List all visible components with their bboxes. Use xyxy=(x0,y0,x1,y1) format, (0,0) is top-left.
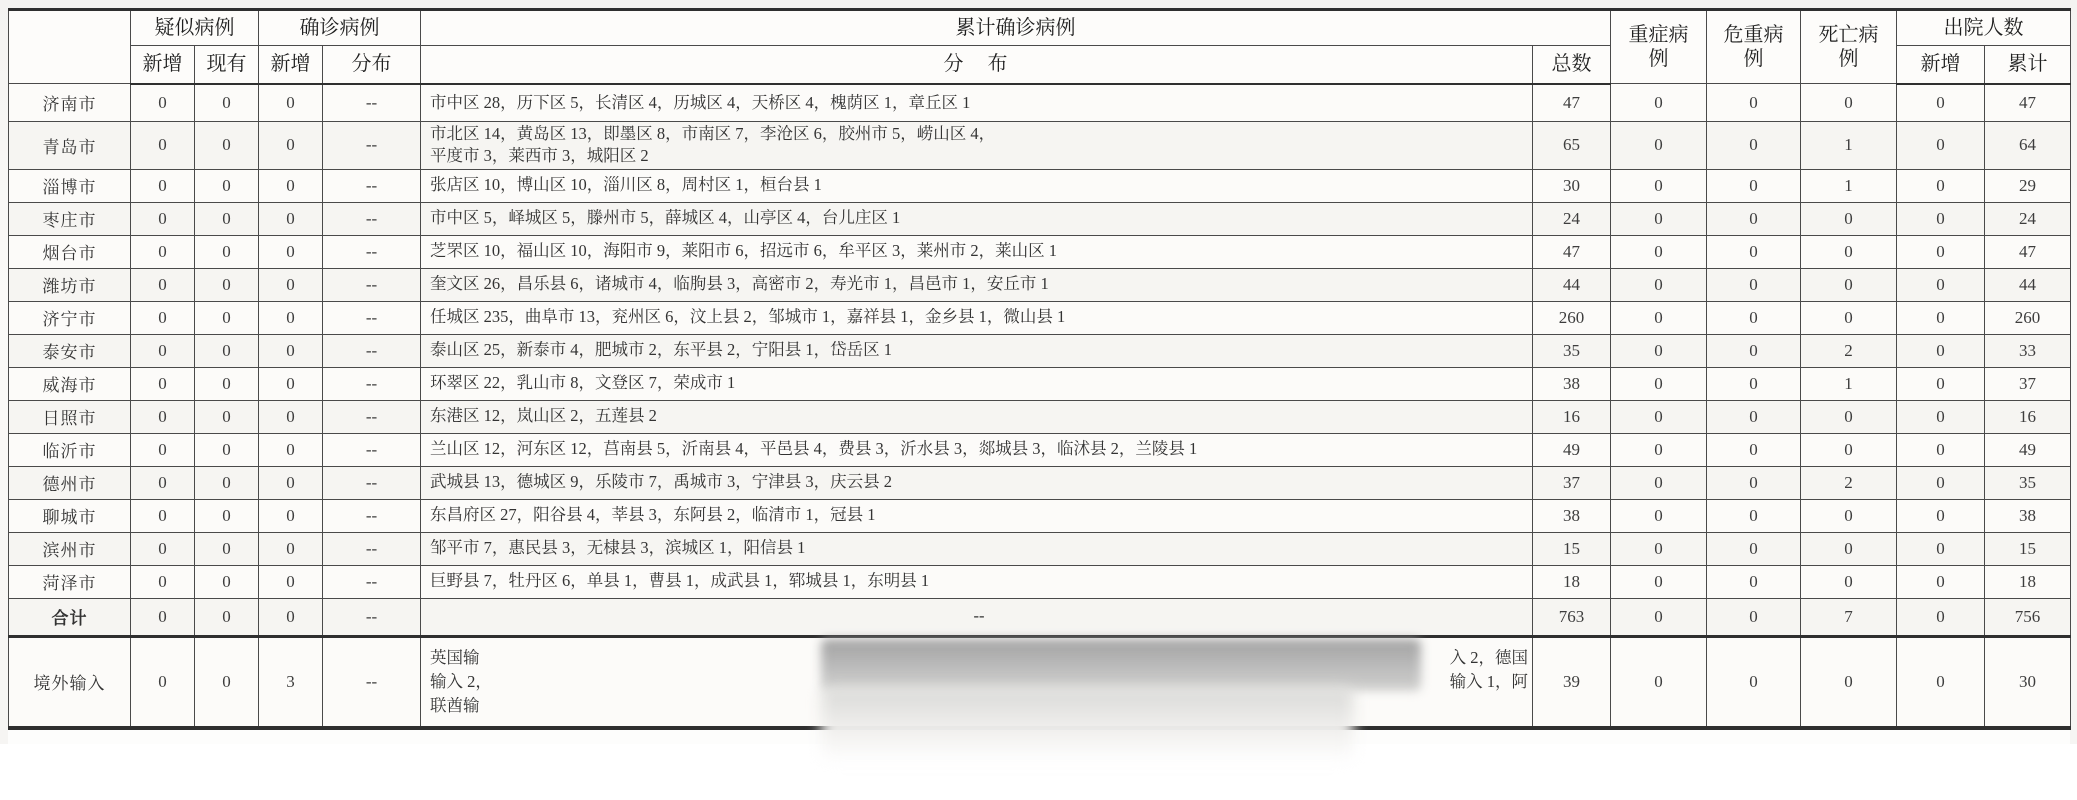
cell-suspected-new: 0 xyxy=(131,532,195,565)
cell-confirmed-dist: -- xyxy=(323,268,421,301)
cell-discharged-cum: 29 xyxy=(1985,169,2071,202)
cell-discharged-new: 0 xyxy=(1897,636,1985,728)
cell-discharged-new: 0 xyxy=(1897,202,1985,235)
cell-severe: 0 xyxy=(1611,532,1707,565)
cell-confirmed-dist: -- xyxy=(323,122,421,170)
table-row: 菏泽市000--巨野县 7，牡丹区 6，单县 1，曹县 1，成武县 1，郓城县 … xyxy=(9,565,2071,598)
cell-cumulative-total: 30 xyxy=(1533,169,1611,202)
cell-discharged-cum: 756 xyxy=(1985,598,2071,636)
cell-confirmed-dist: -- xyxy=(323,499,421,532)
table-row: 临沂市000--兰山区 12，河东区 12，莒南县 5，沂南县 4，平邑县 4，… xyxy=(9,433,2071,466)
dist-fragment-right: 输入 1，阿 xyxy=(1450,670,1528,694)
cell-discharged-new: 0 xyxy=(1897,565,1985,598)
cell-critical: 0 xyxy=(1707,598,1801,636)
cell-cumulative-dist: 泰山区 25，新泰市 4，肥城市 2，东平县 2，宁阳县 1，岱岳区 1 xyxy=(421,334,1533,367)
cell-confirmed-new: 0 xyxy=(259,499,323,532)
cell-severe: 0 xyxy=(1611,301,1707,334)
death-cases-header: 死亡病例 xyxy=(1801,10,1897,84)
cell-suspected-new: 0 xyxy=(131,367,195,400)
cell-confirmed-new: 0 xyxy=(259,268,323,301)
cell-severe: 0 xyxy=(1611,565,1707,598)
cell-discharged-cum: 33 xyxy=(1985,334,2071,367)
cell-death: 0 xyxy=(1801,532,1897,565)
cell-discharged-cum: 64 xyxy=(1985,122,2071,170)
cell-severe: 0 xyxy=(1611,367,1707,400)
cell-suspected-new: 0 xyxy=(131,84,195,122)
cell-discharged-new: 0 xyxy=(1897,466,1985,499)
cell-cumulative-dist: 芝罘区 10，福山区 10，海阳市 9，莱阳市 6，招远市 6，牟平区 3，莱州… xyxy=(421,235,1533,268)
cumulative-total-header: 总数 xyxy=(1533,46,1611,84)
cell-confirmed-dist: -- xyxy=(323,565,421,598)
table-row: 淄博市000--张店区 10，博山区 10，淄川区 8，周村区 1，桓台县 13… xyxy=(9,169,2071,202)
cell-severe: 0 xyxy=(1611,334,1707,367)
dist-text-line: 张店区 10，博山区 10，淄川区 8，周村区 1，桓台县 1 xyxy=(430,174,1528,196)
cell-severe: 0 xyxy=(1611,202,1707,235)
row-label: 日照市 xyxy=(9,400,131,433)
cell-confirmed-dist: -- xyxy=(323,636,421,728)
cell-critical: 0 xyxy=(1707,301,1801,334)
cell-discharged-cum: 44 xyxy=(1985,268,2071,301)
row-label: 枣庄市 xyxy=(9,202,131,235)
table-row: 济宁市000--任城区 235，曲阜市 13，兖州区 6，汶上县 2，邹城市 1… xyxy=(9,301,2071,334)
cell-confirmed-dist: -- xyxy=(323,334,421,367)
table-row: 潍坊市000--奎文区 26，昌乐县 6，诸城市 4，临朐县 3，高密市 2，寿… xyxy=(9,268,2071,301)
cell-death: 0 xyxy=(1801,84,1897,122)
table-row: 烟台市000--芝罘区 10，福山区 10，海阳市 9，莱阳市 6，招远市 6，… xyxy=(9,235,2071,268)
dist-text-line: -- xyxy=(430,605,1528,627)
cell-discharged-new: 0 xyxy=(1897,235,1985,268)
discharged-new-header: 新增 xyxy=(1897,46,1985,84)
cell-severe: 0 xyxy=(1611,499,1707,532)
dist-fragment-right: 入 2，德国 xyxy=(1450,646,1528,670)
cell-suspected-existing: 0 xyxy=(195,84,259,122)
cell-discharged-cum: 24 xyxy=(1985,202,2071,235)
cell-confirmed-dist: -- xyxy=(323,301,421,334)
cell-discharged-new: 0 xyxy=(1897,84,1985,122)
cell-confirmed-dist: -- xyxy=(323,598,421,636)
severe-cases-header: 重症病例 xyxy=(1611,10,1707,84)
cell-suspected-new: 0 xyxy=(131,235,195,268)
cell-suspected-new: 0 xyxy=(131,400,195,433)
cell-severe: 0 xyxy=(1611,235,1707,268)
table-row: 威海市000--环翠区 22，乳山市 8，文登区 7，荣成市 138001037 xyxy=(9,367,2071,400)
suspected-cases-group-header: 疑似病例 xyxy=(131,10,259,46)
dist-fragment-left: 输入 2， xyxy=(430,670,492,694)
table-row: 枣庄市000--市中区 5，峄城区 5，滕州市 5，薛城区 4，山亭区 4，台儿… xyxy=(9,202,2071,235)
cell-death: 0 xyxy=(1801,565,1897,598)
dist-text-line: 芝罘区 10，福山区 10，海阳市 9，莱阳市 6，招远市 6，牟平区 3，莱州… xyxy=(430,240,1528,262)
row-label: 威海市 xyxy=(9,367,131,400)
dist-text-line: 泰山区 25，新泰市 4，肥城市 2，东平县 2，宁阳县 1，岱岳区 1 xyxy=(430,339,1528,361)
cell-death: 2 xyxy=(1801,466,1897,499)
suspected-existing-header: 现有 xyxy=(195,46,259,84)
cell-cumulative-total: 37 xyxy=(1533,466,1611,499)
cell-suspected-new: 0 xyxy=(131,268,195,301)
header-group-row: 疑似病例 确诊病例 累计确诊病例 重症病例 危重病例 死亡病例 出院人数 xyxy=(9,10,2071,46)
cell-confirmed-dist: -- xyxy=(323,400,421,433)
cell-severe: 0 xyxy=(1611,122,1707,170)
cell-critical: 0 xyxy=(1707,532,1801,565)
cell-discharged-cum: 38 xyxy=(1985,499,2071,532)
row-label: 临沂市 xyxy=(9,433,131,466)
discharged-group-header: 出院人数 xyxy=(1897,10,2071,46)
cell-confirmed-new: 0 xyxy=(259,565,323,598)
cell-cumulative-dist: 兰山区 12，河东区 12，莒南县 5，沂南县 4，平邑县 4，费县 3，沂水县… xyxy=(421,433,1533,466)
cell-death: 0 xyxy=(1801,202,1897,235)
document-page: 疑似病例 确诊病例 累计确诊病例 重症病例 危重病例 死亡病例 出院人数 新增 … xyxy=(0,0,2077,744)
critical-cases-header: 危重病例 xyxy=(1707,10,1801,84)
cell-suspected-new: 0 xyxy=(131,466,195,499)
cell-suspected-new: 0 xyxy=(131,202,195,235)
dist-text-line: 市北区 14，黄岛区 13，即墨区 8，市南区 7，李沧区 6，胶州市 5，崂山… xyxy=(430,123,1528,145)
dist-text-line: 联酋输 xyxy=(430,694,1528,718)
city-column-header xyxy=(9,10,131,84)
dist-text-line: 巨野县 7，牡丹区 6，单县 1，曹县 1，成武县 1，郓城县 1，东明县 1 xyxy=(430,570,1528,592)
cell-confirmed-dist: -- xyxy=(323,433,421,466)
row-label: 济南市 xyxy=(9,84,131,122)
row-label: 泰安市 xyxy=(9,334,131,367)
dist-text-line: 任城区 235，曲阜市 13，兖州区 6，汶上县 2，邹城市 1，嘉祥县 1，金… xyxy=(430,306,1528,328)
dist-text-line: 市中区 5，峄城区 5，滕州市 5，薛城区 4，山亭区 4，台儿庄区 1 xyxy=(430,207,1528,229)
dist-fragment-left: 英国输 xyxy=(430,646,480,670)
cell-cumulative-total: 18 xyxy=(1533,565,1611,598)
cell-cumulative-total: 35 xyxy=(1533,334,1611,367)
cell-cumulative-total: 24 xyxy=(1533,202,1611,235)
cell-confirmed-dist: -- xyxy=(323,466,421,499)
cell-critical: 0 xyxy=(1707,499,1801,532)
cell-critical: 0 xyxy=(1707,400,1801,433)
cell-cumulative-dist: 张店区 10，博山区 10，淄川区 8，周村区 1，桓台县 1 xyxy=(421,169,1533,202)
cell-discharged-cum: 47 xyxy=(1985,235,2071,268)
row-label: 济宁市 xyxy=(9,301,131,334)
dist-text-line: 英国输入 2，德国 xyxy=(430,646,1528,670)
table-row: 德州市000--武城县 13，德城区 9，乐陵市 7，禹城市 3，宁津县 3，庆… xyxy=(9,466,2071,499)
cell-death: 0 xyxy=(1801,268,1897,301)
cell-severe: 0 xyxy=(1611,433,1707,466)
cell-cumulative-dist: 市中区 5，峄城区 5，滕州市 5，薛城区 4，山亭区 4，台儿庄区 1 xyxy=(421,202,1533,235)
cell-suspected-new: 0 xyxy=(131,636,195,728)
row-label: 潍坊市 xyxy=(9,268,131,301)
cell-suspected-existing: 0 xyxy=(195,499,259,532)
cell-severe: 0 xyxy=(1611,84,1707,122)
cell-cumulative-total: 39 xyxy=(1533,636,1611,728)
confirmed-new-header: 新增 xyxy=(259,46,323,84)
cell-discharged-new: 0 xyxy=(1897,334,1985,367)
cell-critical: 0 xyxy=(1707,334,1801,367)
cell-confirmed-new: 0 xyxy=(259,334,323,367)
row-label: 滨州市 xyxy=(9,532,131,565)
cell-discharged-cum: 30 xyxy=(1985,636,2071,728)
page-bottom-margin xyxy=(8,730,2070,744)
cell-discharged-cum: 18 xyxy=(1985,565,2071,598)
cell-critical: 0 xyxy=(1707,169,1801,202)
cell-confirmed-new: 0 xyxy=(259,598,323,636)
cell-confirmed-new: 0 xyxy=(259,122,323,170)
cell-suspected-existing: 0 xyxy=(195,400,259,433)
row-label: 聊城市 xyxy=(9,499,131,532)
row-label: 烟台市 xyxy=(9,235,131,268)
cell-discharged-cum: 35 xyxy=(1985,466,2071,499)
cell-discharged-new: 0 xyxy=(1897,400,1985,433)
cell-suspected-new: 0 xyxy=(131,499,195,532)
cell-death: 0 xyxy=(1801,433,1897,466)
row-label: 德州市 xyxy=(9,466,131,499)
row-label: 境外输入 xyxy=(9,636,131,728)
cell-severe: 0 xyxy=(1611,268,1707,301)
cell-confirmed-new: 0 xyxy=(259,466,323,499)
cell-death: 0 xyxy=(1801,499,1897,532)
cumulative-confirmed-group-header: 累计确诊病例 xyxy=(421,10,1611,46)
cell-confirmed-new: 0 xyxy=(259,400,323,433)
dist-fragment-left: 联酋输 xyxy=(430,694,480,718)
cell-confirmed-new: 3 xyxy=(259,636,323,728)
cell-death: 0 xyxy=(1801,235,1897,268)
dist-text-line: 兰山区 12，河东区 12，莒南县 5，沂南县 4，平邑县 4，费县 3，沂水县… xyxy=(430,438,1528,460)
dist-text-line: 输入 2，输入 1，阿 xyxy=(430,670,1528,694)
dist-text-line: 东港区 12，岚山区 2，五莲县 2 xyxy=(430,405,1528,427)
cell-discharged-cum: 260 xyxy=(1985,301,2071,334)
cell-confirmed-new: 0 xyxy=(259,235,323,268)
cell-suspected-existing: 0 xyxy=(195,433,259,466)
row-label: 青岛市 xyxy=(9,122,131,170)
cell-critical: 0 xyxy=(1707,367,1801,400)
cell-confirmed-dist: -- xyxy=(323,532,421,565)
cell-cumulative-total: 38 xyxy=(1533,499,1611,532)
cell-suspected-existing: 0 xyxy=(195,466,259,499)
row-label: 淄博市 xyxy=(9,169,131,202)
cell-suspected-existing: 0 xyxy=(195,169,259,202)
cell-discharged-cum: 47 xyxy=(1985,84,2071,122)
table-header: 疑似病例 确诊病例 累计确诊病例 重症病例 危重病例 死亡病例 出院人数 新增 … xyxy=(9,10,2071,84)
table-body: 济南市000--市中区 28，历下区 5，长清区 4，历城区 4，天桥区 4，槐… xyxy=(9,84,2071,729)
cell-confirmed-dist: -- xyxy=(323,367,421,400)
cell-confirmed-new: 0 xyxy=(259,532,323,565)
table-row: 泰安市000--泰山区 25，新泰市 4，肥城市 2，东平县 2，宁阳县 1，岱… xyxy=(9,334,2071,367)
cell-discharged-new: 0 xyxy=(1897,499,1985,532)
cell-critical: 0 xyxy=(1707,636,1801,728)
table-row: 聊城市000--东昌府区 27，阳谷县 4，莘县 3，东阿县 2，临清市 1，冠… xyxy=(9,499,2071,532)
cell-discharged-cum: 37 xyxy=(1985,367,2071,400)
cell-cumulative-total: 38 xyxy=(1533,367,1611,400)
cell-severe: 0 xyxy=(1611,598,1707,636)
cell-confirmed-dist: -- xyxy=(323,169,421,202)
cell-discharged-new: 0 xyxy=(1897,122,1985,170)
cell-death: 0 xyxy=(1801,301,1897,334)
cell-cumulative-dist: 邹平市 7，惠民县 3，无棣县 3，滨城区 1，阳信县 1 xyxy=(421,532,1533,565)
cell-cumulative-dist: 东昌府区 27，阳谷县 4，莘县 3，东阿县 2，临清市 1，冠县 1 xyxy=(421,499,1533,532)
cell-critical: 0 xyxy=(1707,565,1801,598)
discharged-cum-header: 累计 xyxy=(1985,46,2071,84)
cell-suspected-new: 0 xyxy=(131,301,195,334)
cell-suspected-new: 0 xyxy=(131,169,195,202)
cell-confirmed-dist: -- xyxy=(323,235,421,268)
cell-confirmed-new: 0 xyxy=(259,202,323,235)
cell-suspected-new: 0 xyxy=(131,122,195,170)
cell-cumulative-dist: 市中区 28，历下区 5，长清区 4，历城区 4，天桥区 4，槐荫区 1，章丘区… xyxy=(421,84,1533,122)
cell-death: 1 xyxy=(1801,367,1897,400)
cell-discharged-new: 0 xyxy=(1897,598,1985,636)
table-row: 境外输入003--英国输入 2，德国输入 2，输入 1，阿联酋输39000030 xyxy=(9,636,2071,728)
cell-suspected-existing: 0 xyxy=(195,598,259,636)
cell-suspected-existing: 0 xyxy=(195,122,259,170)
cell-cumulative-dist: 英国输入 2，德国输入 2，输入 1，阿联酋输 xyxy=(421,636,1533,728)
cell-cumulative-dist: 巨野县 7，牡丹区 6，单县 1，曹县 1，成武县 1，郓城县 1，东明县 1 xyxy=(421,565,1533,598)
cell-suspected-new: 0 xyxy=(131,433,195,466)
cell-cumulative-dist: 奎文区 26，昌乐县 6，诸城市 4，临朐县 3，高密市 2，寿光市 1，昌邑市… xyxy=(421,268,1533,301)
cell-cumulative-total: 15 xyxy=(1533,532,1611,565)
cell-confirmed-new: 0 xyxy=(259,433,323,466)
cell-cumulative-dist: 武城县 13，德城区 9，乐陵市 7，禹城市 3，宁津县 3，庆云县 2 xyxy=(421,466,1533,499)
cell-severe: 0 xyxy=(1611,169,1707,202)
dist-text-line: 市中区 28，历下区 5，长清区 4，历城区 4，天桥区 4，槐荫区 1，章丘区… xyxy=(430,92,1528,114)
cell-severe: 0 xyxy=(1611,400,1707,433)
cell-cumulative-dist: 任城区 235，曲阜市 13，兖州区 6，汶上县 2，邹城市 1，嘉祥县 1，金… xyxy=(421,301,1533,334)
cell-critical: 0 xyxy=(1707,84,1801,122)
cell-death: 7 xyxy=(1801,598,1897,636)
cumulative-dist-header: 分 布 xyxy=(421,46,1533,84)
cell-death: 2 xyxy=(1801,334,1897,367)
cell-cumulative-total: 47 xyxy=(1533,235,1611,268)
cell-severe: 0 xyxy=(1611,466,1707,499)
cell-suspected-existing: 0 xyxy=(195,565,259,598)
cell-discharged-new: 0 xyxy=(1897,169,1985,202)
cell-suspected-new: 0 xyxy=(131,565,195,598)
cell-critical: 0 xyxy=(1707,466,1801,499)
cell-confirmed-new: 0 xyxy=(259,84,323,122)
cell-severe: 0 xyxy=(1611,636,1707,728)
cell-critical: 0 xyxy=(1707,268,1801,301)
cell-confirmed-new: 0 xyxy=(259,301,323,334)
cell-confirmed-new: 0 xyxy=(259,367,323,400)
cell-death: 0 xyxy=(1801,400,1897,433)
confirmed-dist-header: 分布 xyxy=(323,46,421,84)
cell-suspected-existing: 0 xyxy=(195,235,259,268)
row-label: 菏泽市 xyxy=(9,565,131,598)
cell-cumulative-total: 44 xyxy=(1533,268,1611,301)
cell-cumulative-total: 763 xyxy=(1533,598,1611,636)
suspected-new-header: 新增 xyxy=(131,46,195,84)
cell-cumulative-total: 65 xyxy=(1533,122,1611,170)
cell-suspected-new: 0 xyxy=(131,334,195,367)
confirmed-cases-group-header: 确诊病例 xyxy=(259,10,421,46)
cell-suspected-existing: 0 xyxy=(195,268,259,301)
cell-critical: 0 xyxy=(1707,122,1801,170)
dist-text-line: 环翠区 22，乳山市 8，文登区 7，荣成市 1 xyxy=(430,372,1528,394)
cell-confirmed-dist: -- xyxy=(323,84,421,122)
cell-death: 1 xyxy=(1801,122,1897,170)
cell-cumulative-total: 16 xyxy=(1533,400,1611,433)
cell-suspected-existing: 0 xyxy=(195,301,259,334)
cell-death: 0 xyxy=(1801,636,1897,728)
dist-text-line: 奎文区 26，昌乐县 6，诸城市 4，临朐县 3，高密市 2，寿光市 1，昌邑市… xyxy=(430,273,1528,295)
cell-critical: 0 xyxy=(1707,235,1801,268)
table-row: 滨州市000--邹平市 7，惠民县 3，无棣县 3，滨城区 1，阳信县 1150… xyxy=(9,532,2071,565)
cell-cumulative-dist: 东港区 12，岚山区 2，五莲县 2 xyxy=(421,400,1533,433)
cell-suspected-existing: 0 xyxy=(195,334,259,367)
cell-discharged-new: 0 xyxy=(1897,367,1985,400)
cell-discharged-new: 0 xyxy=(1897,433,1985,466)
dist-text-line: 东昌府区 27，阳谷县 4，莘县 3，东阿县 2，临清市 1，冠县 1 xyxy=(430,504,1528,526)
covid-cases-table: 疑似病例 确诊病例 累计确诊病例 重症病例 危重病例 死亡病例 出院人数 新增 … xyxy=(8,8,2071,730)
cell-death: 1 xyxy=(1801,169,1897,202)
table-row: 合计000----7630070756 xyxy=(9,598,2071,636)
cell-confirmed-dist: -- xyxy=(323,202,421,235)
cell-suspected-existing: 0 xyxy=(195,202,259,235)
cell-cumulative-dist: 环翠区 22，乳山市 8，文登区 7，荣成市 1 xyxy=(421,367,1533,400)
cell-cumulative-dist: -- xyxy=(421,598,1533,636)
cell-suspected-existing: 0 xyxy=(195,636,259,728)
cell-critical: 0 xyxy=(1707,202,1801,235)
cell-discharged-new: 0 xyxy=(1897,532,1985,565)
table-row: 青岛市000--市北区 14，黄岛区 13，即墨区 8，市南区 7，李沧区 6，… xyxy=(9,122,2071,170)
cell-cumulative-dist: 市北区 14，黄岛区 13，即墨区 8，市南区 7，李沧区 6，胶州市 5，崂山… xyxy=(421,122,1533,170)
cell-suspected-new: 0 xyxy=(131,598,195,636)
cell-confirmed-new: 0 xyxy=(259,169,323,202)
cell-critical: 0 xyxy=(1707,433,1801,466)
cell-cumulative-total: 49 xyxy=(1533,433,1611,466)
dist-text-line: 邹平市 7，惠民县 3，无棣县 3，滨城区 1，阳信县 1 xyxy=(430,537,1528,559)
cell-discharged-cum: 49 xyxy=(1985,433,2071,466)
table-row: 日照市000--东港区 12，岚山区 2，五莲县 216000016 xyxy=(9,400,2071,433)
dist-text-line: 武城县 13，德城区 9，乐陵市 7，禹城市 3，宁津县 3，庆云县 2 xyxy=(430,471,1528,493)
dist-text-line: 平度市 3，莱西市 3，城阳区 2 xyxy=(430,145,1528,167)
cell-suspected-existing: 0 xyxy=(195,367,259,400)
cell-suspected-existing: 0 xyxy=(195,532,259,565)
cell-discharged-new: 0 xyxy=(1897,301,1985,334)
cell-discharged-new: 0 xyxy=(1897,268,1985,301)
cell-discharged-cum: 16 xyxy=(1985,400,2071,433)
cell-discharged-cum: 15 xyxy=(1985,532,2071,565)
cell-cumulative-total: 260 xyxy=(1533,301,1611,334)
row-label: 合计 xyxy=(9,598,131,636)
table-row: 济南市000--市中区 28，历下区 5，长清区 4，历城区 4，天桥区 4，槐… xyxy=(9,84,2071,122)
cell-cumulative-total: 47 xyxy=(1533,84,1611,122)
